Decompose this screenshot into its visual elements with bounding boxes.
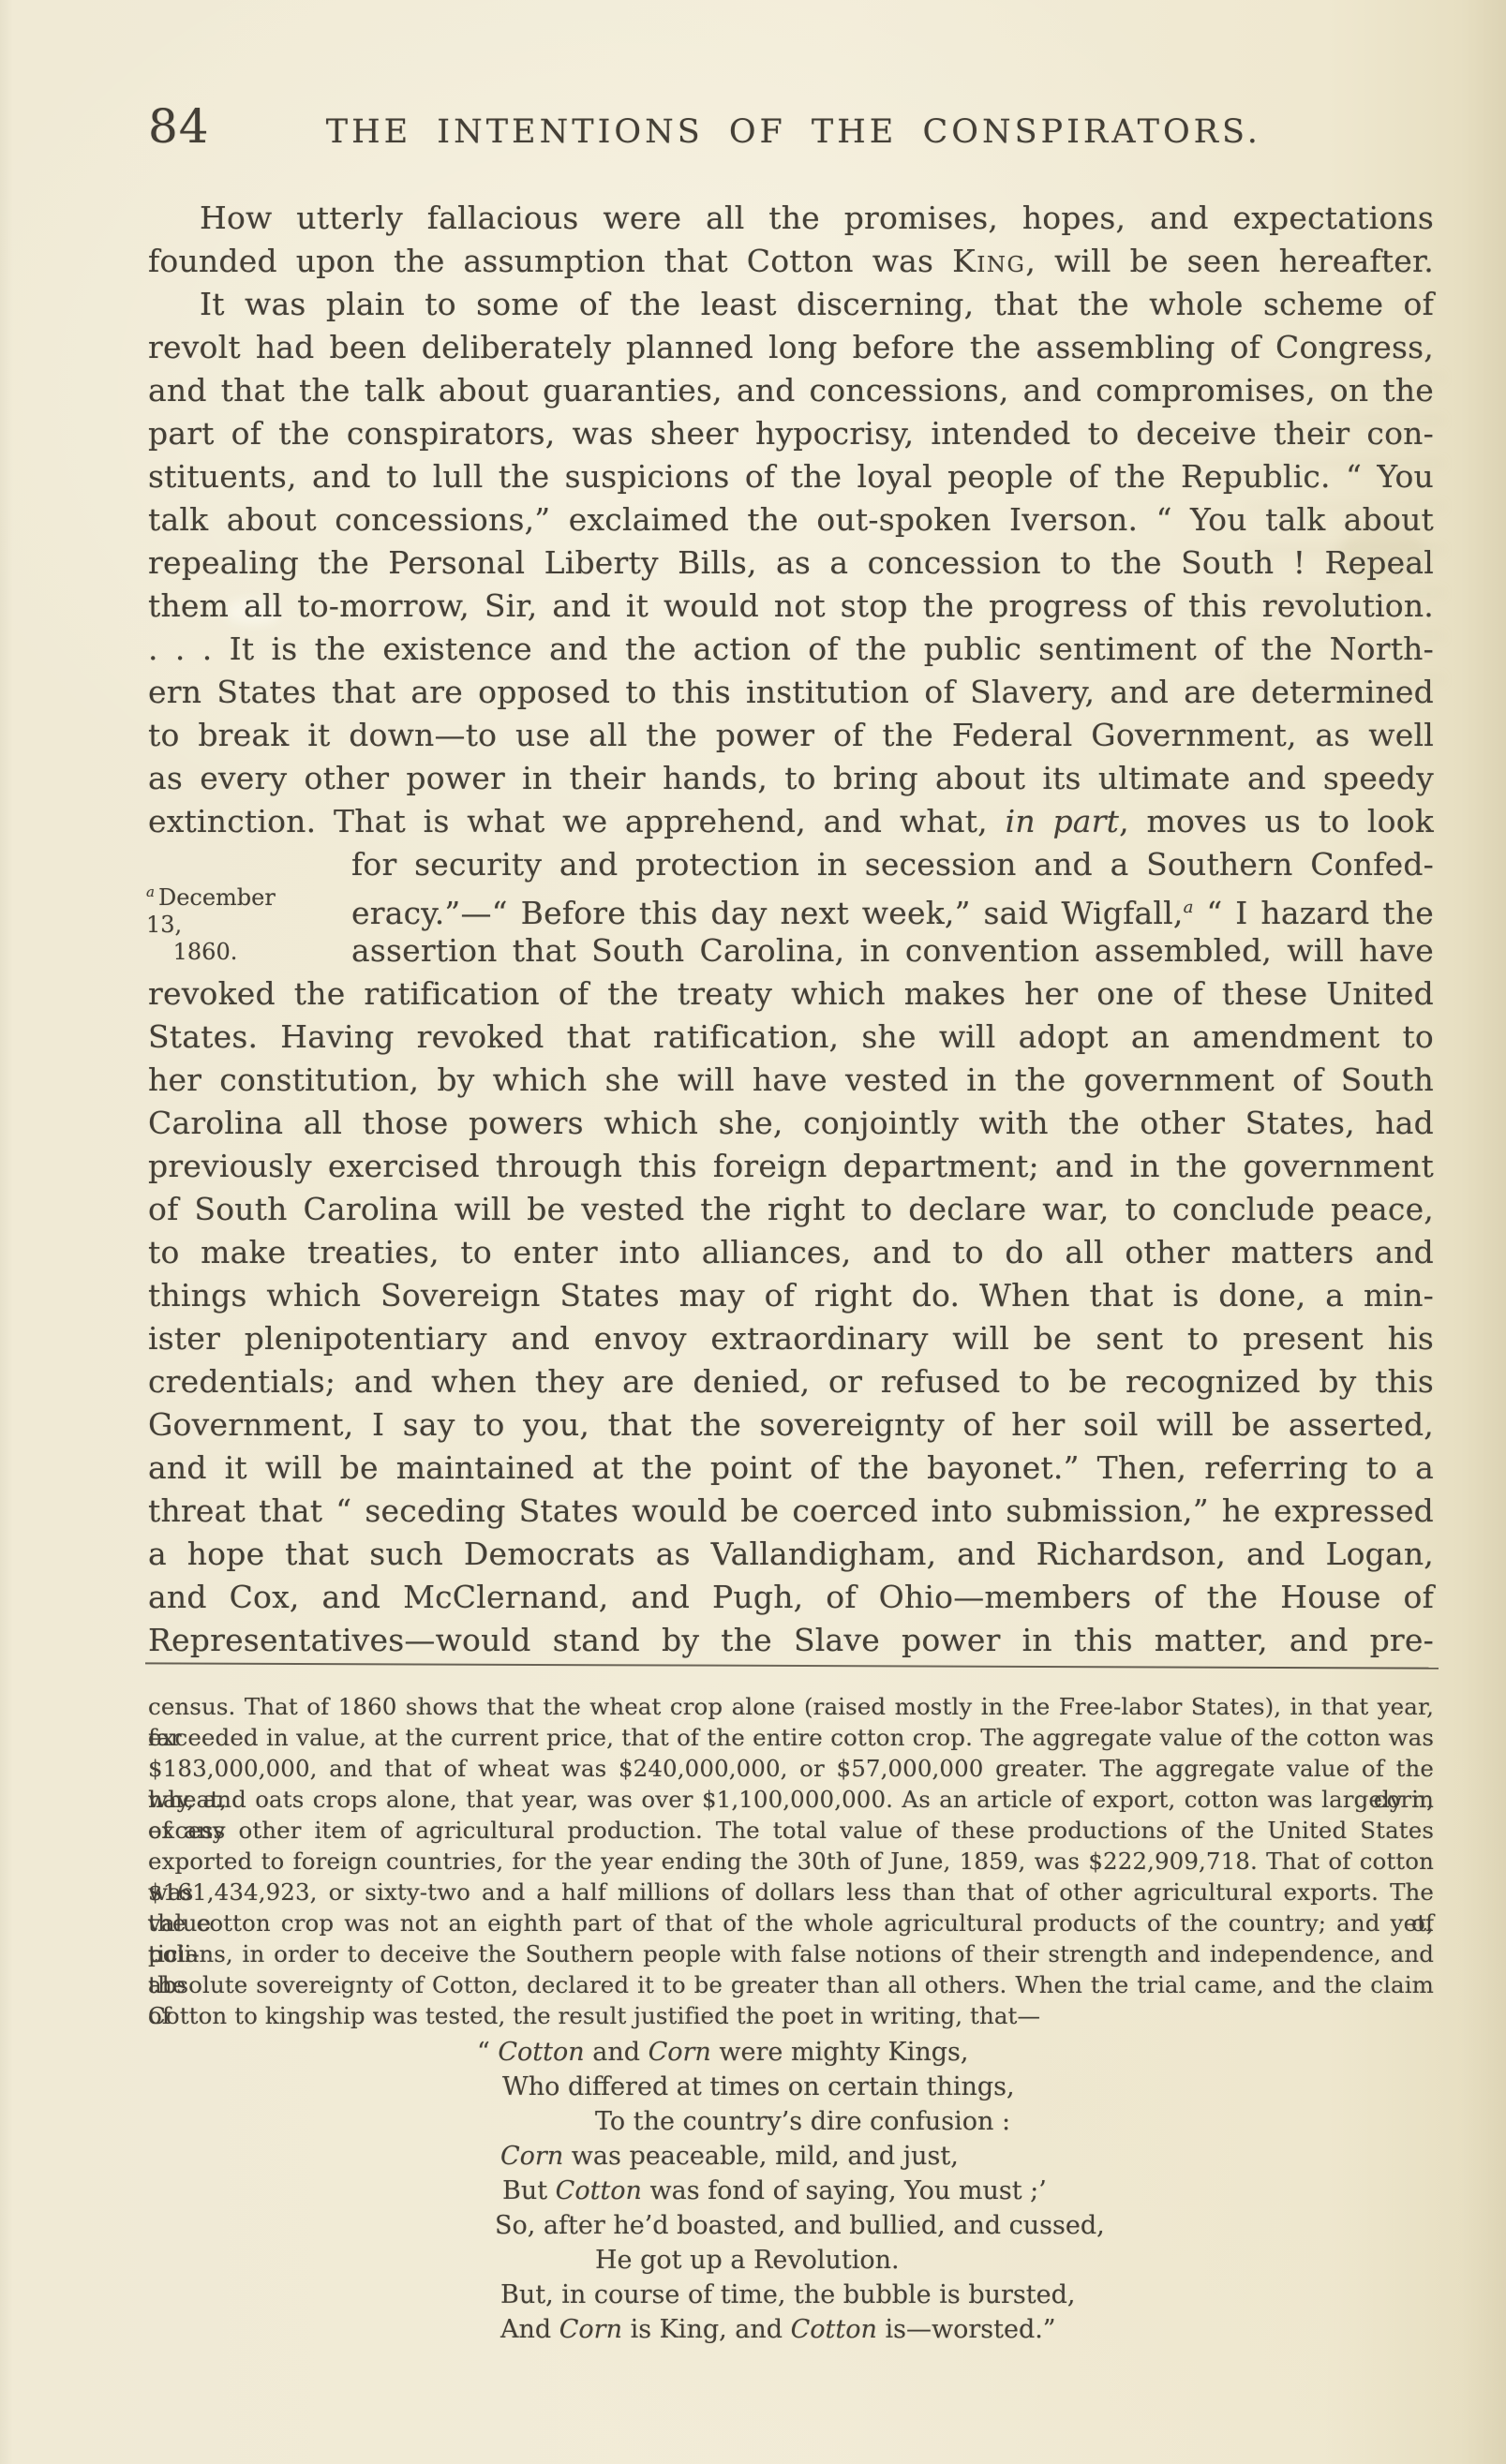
body-line: assertion that South Carolina, in conven… (351, 929, 1434, 972)
footnote-line: of any other item of agricultural produc… (148, 1815, 1434, 1846)
body-line: talk about concessions,” exclaimed the o… (148, 498, 1434, 542)
body-line: threat that “ seceding States would be c… (148, 1490, 1434, 1533)
footnote-block: census. That of 1860 shows that the whea… (148, 1691, 1434, 2031)
body-line: things which Sovereign States may of rig… (148, 1274, 1434, 1317)
body-line: of South Carolina will be vested the rig… (148, 1188, 1434, 1231)
body-line: Carolina all those powers which she, con… (148, 1102, 1434, 1145)
footnote-line: the cotton crop was not an eighth part o… (148, 1907, 1434, 1938)
poem-line: And Corn is King, and Cotton is—worsted.… (500, 2312, 1189, 2347)
footnote-line: $161,434,923, or sixty-two and a half mi… (148, 1877, 1434, 1907)
body-line: Representatives—would stand by the Slave… (148, 1619, 1434, 1662)
margin-date-line2: 1860. (146, 939, 264, 966)
body-line: How utterly fallacious were all the prom… (148, 197, 1434, 240)
footnote-line: absolute sovereignty of Cotton, declared… (148, 1969, 1434, 2000)
body-line: to break it down—to use all the power of… (148, 714, 1434, 757)
footnote-line: ticians, in order to deceive the Souther… (148, 1938, 1434, 1969)
margin-date-line1: December 13, (146, 884, 276, 938)
body-line: and Cox, and McClernand, and Pugh, of Oh… (148, 1576, 1434, 1619)
body-line: previously exercised through this foreig… (148, 1145, 1434, 1188)
book-page-scan: 84 THE INTENTIONS OF THE CONSPIRATORS. H… (0, 0, 1506, 2464)
body-line: for security and protection in secession… (351, 843, 1434, 886)
body-line: States. Having revoked that ratification… (148, 1016, 1434, 1059)
body-line: revoked the ratification of the treaty w… (148, 972, 1434, 1016)
poem-line: But, in course of time, the bubble is bu… (500, 2278, 1189, 2312)
page-number: 84 (148, 99, 210, 154)
poem-block: “ Cotton and Corn were mighty Kings,Who … (477, 2035, 1189, 2347)
margin-date-note: aDecember 13, 1860. (146, 879, 287, 966)
poem-line: To the country’s dire confusion : (595, 2104, 1189, 2139)
body-line: eracy.”—“ Before this day next week,” sa… (351, 886, 1434, 929)
body-line: extinction. That is what we apprehend, a… (148, 800, 1434, 843)
body-line: to make treaties, to enter into alliance… (148, 1231, 1434, 1274)
body-line: stituents, and to lull the suspicions of… (148, 455, 1434, 498)
poem-line: He got up a Revolution. (595, 2243, 1189, 2278)
poem-line: Corn was peaceable, mild, and just, (500, 2139, 1189, 2174)
body-line: ern States that are opposed to this inst… (148, 671, 1434, 714)
body-line: ister plenipotentiary and envoy extraord… (148, 1317, 1434, 1360)
footnote-line: Cotton to kingship was tested, the resul… (148, 2000, 1434, 2031)
poem-line: “ Cotton and Corn were mighty Kings, (477, 2035, 1189, 2070)
footnote-marker: a (146, 883, 155, 900)
body-line: founded upon the assumption that Cotton … (148, 240, 1434, 283)
footnote-line: exceeded in value, at the current price,… (148, 1722, 1434, 1753)
poem-line: So, after he’d boasted, and bullied, and… (495, 2208, 1189, 2243)
page-header: 84 THE INTENTIONS OF THE CONSPIRATORS. (148, 99, 1434, 154)
body-line: Government, I say to you, that the sover… (148, 1403, 1434, 1447)
body-line: repealing the Personal Liberty Bills, as… (148, 542, 1434, 585)
footnote-line: census. That of 1860 shows that the whea… (148, 1691, 1434, 1722)
poem-line: But Cotton was fond of saying, You must … (502, 2174, 1189, 2208)
footnote-rule (145, 1662, 1439, 1669)
body-line: . . . It is the existence and the action… (148, 628, 1434, 671)
body-line: her constitution, by which she will have… (148, 1059, 1434, 1102)
body-line: and it will be maintained at the point o… (148, 1447, 1434, 1490)
footnote-line: exported to foreign countries, for the y… (148, 1846, 1434, 1877)
poem-line: Who differed at times on certain things, (502, 2070, 1189, 2104)
body-line: a hope that such Democrats as Vallandigh… (148, 1533, 1434, 1576)
body-line: It was plain to some of the least discer… (148, 283, 1434, 326)
body-line: credentials; and when they are denied, o… (148, 1360, 1434, 1403)
body-line: revolt had been deliberately planned lon… (148, 326, 1434, 369)
footnote-line: $183,000,000, and that of wheat was $240… (148, 1753, 1434, 1784)
main-text-block: How utterly fallacious were all the prom… (148, 197, 1434, 1662)
body-line: as every other power in their hands, to … (148, 757, 1434, 800)
footnote-line: hay, and oats crops alone, that year, wa… (148, 1784, 1434, 1815)
body-line: and that the talk about guaranties, and … (148, 369, 1434, 412)
running-title: THE INTENTIONS OF THE CONSPIRATORS. (210, 113, 1434, 151)
body-line: part of the conspirators, was sheer hypo… (148, 412, 1434, 455)
body-line: them all to-morrow, Sir, and it would no… (148, 585, 1434, 628)
